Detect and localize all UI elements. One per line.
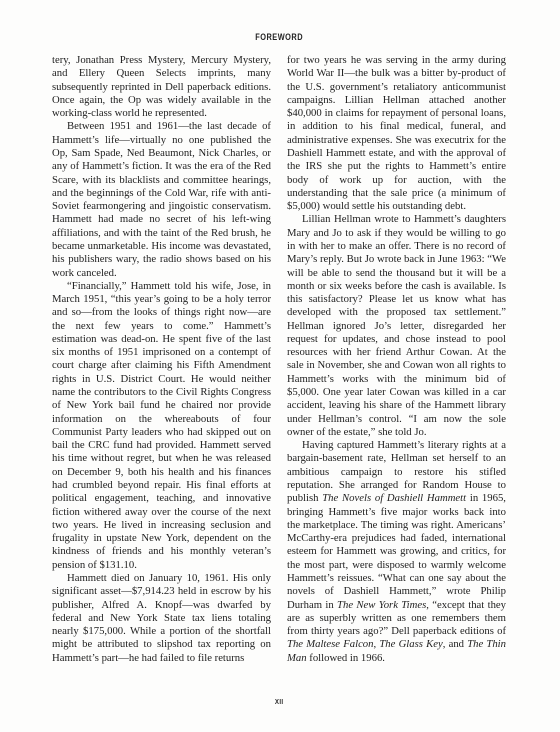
page-number-text: XII: [275, 697, 284, 706]
running-header-text: FOREWORD: [255, 32, 303, 42]
text-run: “Financially,” Hammett told his wife, Jo…: [52, 280, 271, 571]
paragraph: Hammett died on January 10, 1961. His on…: [52, 572, 271, 665]
text-run: Hammett died on January 10, 1961. His on…: [52, 572, 271, 664]
running-header: FOREWORD: [52, 27, 506, 45]
italic-title: The Glass Key: [379, 638, 442, 650]
paragraph: for two years he was serving in the army…: [287, 54, 506, 213]
italic-title: The Novels of Dashiell Hammett: [322, 492, 466, 504]
text-run: followed in 1966.: [307, 652, 385, 664]
paragraph: “Financially,” Hammett told his wife, Jo…: [52, 280, 271, 572]
text-run: for two years he was serving in the army…: [287, 54, 506, 212]
paragraph: Lillian Hellman wrote to Hammett’s daugh…: [287, 213, 506, 439]
text-run: tery, Jonathan Press Mystery, Mercury My…: [52, 54, 271, 119]
text-run: Lillian Hellman wrote to Hammett’s daugh…: [287, 213, 506, 438]
text-run: , and: [443, 638, 467, 650]
text-columns: tery, Jonathan Press Mystery, Mercury My…: [52, 54, 506, 665]
paragraph: Having captured Hammett’s literary right…: [287, 439, 506, 665]
book-page: FOREWORD tery, Jonathan Press Mystery, M…: [0, 0, 560, 732]
paragraph: tery, Jonathan Press Mystery, Mercury My…: [52, 54, 271, 120]
paragraph: Between 1951 and 1961—the last decade of…: [52, 120, 271, 279]
italic-title: The New York Times: [337, 599, 426, 611]
page-number: XII: [52, 691, 506, 709]
left-column: tery, Jonathan Press Mystery, Mercury My…: [52, 54, 271, 665]
text-run: Between 1951 and 1961—the last decade of…: [52, 120, 271, 278]
text-run: in 1965, bringing Hammett’s five major w…: [287, 492, 506, 610]
right-column: for two years he was serving in the army…: [287, 54, 506, 665]
italic-title: The Maltese Falcon: [287, 638, 374, 650]
